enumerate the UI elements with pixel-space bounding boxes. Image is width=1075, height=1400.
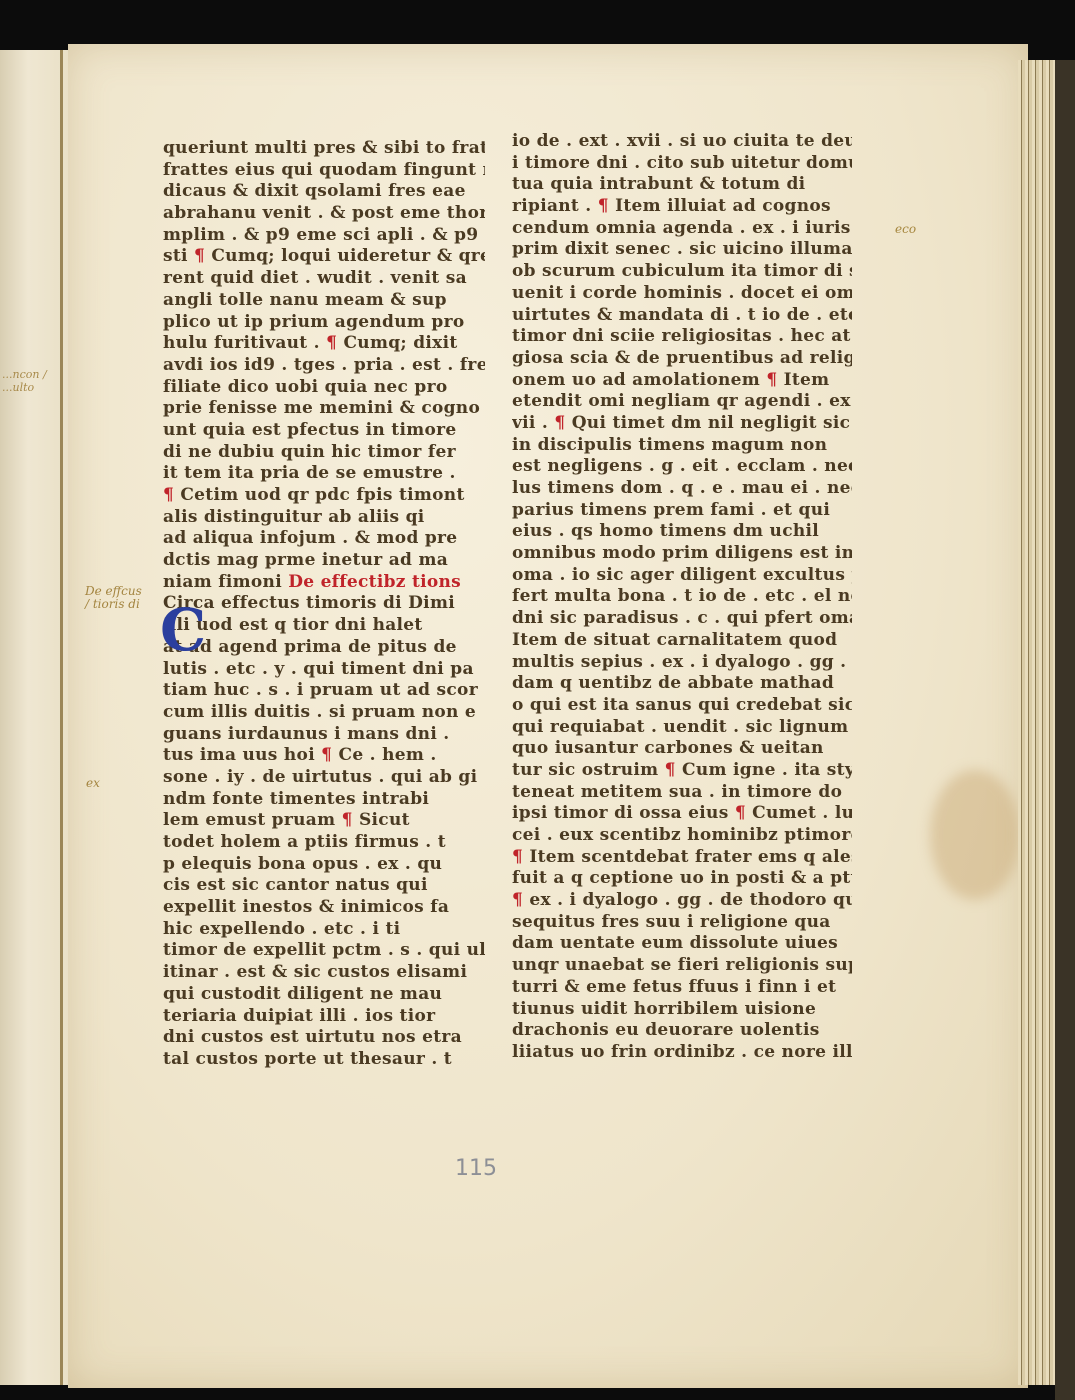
text-line: dni sic paradisus . c . qui pfert oma bo xyxy=(512,608,852,630)
text-line: ¶ Cetim uod qr pdc fpis timont xyxy=(163,485,485,507)
paragraph-mark: ¶ xyxy=(512,847,523,867)
text-line: tiam huc . s . i pruam ut ad scor xyxy=(163,680,485,702)
text-line: tua quia intrabunt & totum di xyxy=(512,174,852,196)
text-line: filiate dico uobi quia nec pro xyxy=(163,377,485,399)
text-line: sequitus fres suu i religione qua xyxy=(512,912,852,934)
paragraph-mark: ¶ xyxy=(194,246,205,266)
left-margin-cross-reference: ex xyxy=(86,776,100,790)
text-line: expellit inestos & inimicos fa xyxy=(163,897,485,919)
text-line: liiatus uo frin ordinibz . ce nore illo xyxy=(512,1042,852,1064)
text-line: guans iurdaunus i mans dni . xyxy=(163,724,485,746)
text-line: tiunus uidit horribilem uisione xyxy=(512,999,852,1021)
text-line: it tem ita pria de se emustre . xyxy=(163,463,485,485)
text-line: dicaus & dixit qsolami fres eae xyxy=(163,181,485,203)
water-stain xyxy=(930,770,1020,900)
text-line: fert multa bona . t io de . etc . el noz xyxy=(512,586,852,608)
text-line: hulu furitivaut . ¶ Cumq; dixit xyxy=(163,333,485,355)
text-line: ob scurum cubiculum ita timor di si xyxy=(512,261,852,283)
text-line: onem uo ad amolationem ¶ Item xyxy=(512,370,852,392)
foliation-number: 115 xyxy=(455,1156,497,1181)
text-line: dam uentate eum dissolute uiues xyxy=(512,933,852,955)
text-line: oma . io sic ager diligent excultus p xyxy=(512,565,852,587)
right-margin-note: eco xyxy=(895,222,916,236)
text-line: plico ut ip prium agendum pro xyxy=(163,312,485,334)
text-line: di ne dubiu quin hic timor fer xyxy=(163,442,485,464)
text-line: uenit i corde hominis . docet ei omis xyxy=(512,283,852,305)
left-margin-note: De effcus / tioris di xyxy=(85,585,145,611)
text-line: io de . ext . xvii . si uo ciuita te deu… xyxy=(512,131,852,153)
text-line: ripiant . ¶ Item illuiat ad cognos xyxy=(512,196,852,218)
paragraph-mark: ¶ xyxy=(163,485,174,505)
text-line: timor de expellit pctm . s . qui ult xyxy=(163,940,485,962)
text-line: cis est sic cantor natus qui xyxy=(163,875,485,897)
text-line: tal custos porte ut thesaur . t xyxy=(163,1049,485,1071)
text-line: prim dixit senec . sic uicino illumat xyxy=(512,239,852,261)
text-line: quo iusantur carbones & ueitan xyxy=(512,738,852,760)
text-line: tus ima uus hoi ¶ Ce . hem . xyxy=(163,745,485,767)
decorated-initial: C xyxy=(160,600,206,660)
text-line: queriunt multi pres & sibi to frat xyxy=(163,138,485,160)
text-line: unt quia est pfectus in timore xyxy=(163,420,485,442)
text-line: ipsi timor di ossa eius ¶ Cumet . lut xyxy=(512,803,852,825)
text-line: hic expellendo . etc . i ti xyxy=(163,919,485,941)
binding-cover xyxy=(1055,60,1075,1400)
paragraph-mark: ¶ xyxy=(326,333,337,353)
paragraph-mark: ¶ xyxy=(512,890,523,910)
paragraph-mark: ¶ xyxy=(321,745,332,765)
text-line: dctis mag prme inetur ad ma xyxy=(163,550,485,572)
text-column-left: queriunt multi pres & sibi to fratfratte… xyxy=(163,138,485,1071)
paragraph-mark: ¶ xyxy=(342,810,353,830)
text-line: est negligens . g . eit . ecclam . nec f… xyxy=(512,456,852,478)
text-line: qui requiabat . uendit . sic lignum xyxy=(512,717,852,739)
text-line: Circa effectus timoris di Dimi xyxy=(163,593,485,615)
text-line: todet holem a ptiis firmus . t xyxy=(163,832,485,854)
text-line: timor dni sciie religiositas . hec at re… xyxy=(512,326,852,348)
text-line: dam q uentibz de abbate mathad xyxy=(512,673,852,695)
text-line: teriaria duipiat illi . ios tior xyxy=(163,1006,485,1028)
text-line: ad aliqua infojum . & mod pre xyxy=(163,528,485,550)
paragraph-mark: ¶ xyxy=(665,760,676,780)
text-line: illi uod est q tior dni halet xyxy=(163,615,485,637)
text-line: qui custodit diligent ne mau xyxy=(163,984,485,1006)
text-line: abrahanu venit . & post eme thor xyxy=(163,203,485,225)
text-line: cei . eux scentibz hominibz ptimore xyxy=(512,825,852,847)
text-line: Item de situat carnalitatem quod xyxy=(512,630,852,652)
left-page-margin-note: ...ncon / ...ulto xyxy=(2,368,70,394)
text-line: unqr unaebat se fieri religionis sup xyxy=(512,955,852,977)
text-line: teneat metitem sua . in timore do xyxy=(512,782,852,804)
text-line: parius timens prem fami . et qui xyxy=(512,500,852,522)
text-column-right: io de . ext . xvii . si uo ciuita te deu… xyxy=(512,131,852,1064)
text-line: sone . iy . de uirtutus . qui ab gi xyxy=(163,767,485,789)
text-line: in discipulis timens magum non xyxy=(512,435,852,457)
text-line: o qui est ita sanus qui credebat sicut xyxy=(512,695,852,717)
text-line: prie fenisse me memini & cogno xyxy=(163,398,485,420)
paragraph-mark: ¶ xyxy=(598,196,609,216)
text-line: angli tolle nanu meam & sup xyxy=(163,290,485,312)
gutter-stitching xyxy=(60,50,63,1385)
text-line: lus timens dom . q . e . mau ei . nego xyxy=(512,478,852,500)
text-line: giosa scia & de pruentibus ad religi xyxy=(512,348,852,370)
text-line: cum illis duitis . si pruam non e xyxy=(163,702,485,724)
text-line: i timore dni . cito sub uitetur domus xyxy=(512,153,852,175)
text-line: omnibus modo prim diligens est in xyxy=(512,543,852,565)
text-line: ndm fonte timentes intrabi xyxy=(163,789,485,811)
text-line: p elequis bona opus . ex . qu xyxy=(163,854,485,876)
paragraph-mark: ¶ xyxy=(766,370,777,390)
paragraph-mark: ¶ xyxy=(735,803,746,823)
background-top xyxy=(0,0,1075,48)
text-line: sti ¶ Cumq; loqui uideretur & qre xyxy=(163,246,485,268)
text-line: fuit a q ceptione uo in posti & a ptu xyxy=(512,868,852,890)
left-page-edge: ...ncon / ...ulto xyxy=(0,50,72,1385)
text-line: rent quid diet . wudit . venit sa xyxy=(163,268,485,290)
rubric-heading: De effectibz tions xyxy=(288,572,461,592)
text-line: vii . ¶ Qui timet dm nil negligit sic xyxy=(512,413,852,435)
text-line: mplim . & p9 eme sci apli . & p9 ecce a xyxy=(163,225,485,247)
text-line: drachonis eu deuorare uolentis xyxy=(512,1020,852,1042)
text-line: multis sepius . ex . i dyalogo . gg . na… xyxy=(512,652,852,674)
text-line: etendit omi negliam qr agendi . ex . xyxy=(512,391,852,413)
text-line: lutis . etc . y . qui timent dni pa xyxy=(163,659,485,681)
paragraph-mark: ¶ xyxy=(554,413,565,433)
text-line: avdi ios id9 . tges . pria . est . fres xyxy=(163,355,485,377)
text-line: cendum omnia agenda . ex . i iuris xyxy=(512,218,852,240)
text-line: turri & eme fetus ffuus i finn i et xyxy=(512,977,852,999)
text-line: dni custos est uirtutu nos etra xyxy=(163,1027,485,1049)
text-line: frattes eius qui quodam fingunt m xyxy=(163,160,485,182)
text-line: itinar . est & sic custos elisami xyxy=(163,962,485,984)
text-line: niam fimoni De effectibz tions xyxy=(163,572,485,594)
text-line: at ad agend prima de pitus de xyxy=(163,637,485,659)
page-block-edges xyxy=(1018,60,1058,1385)
text-line: uirtutes & mandata di . t io de . etc . xyxy=(512,305,852,327)
text-line: ¶ ex . i dyalogo . gg . de thodoro qui xyxy=(512,890,852,912)
text-line: eius . qs homo timens dm uchil xyxy=(512,521,852,543)
text-line: ¶ Item scentdebat frater ems q ales xyxy=(512,847,852,869)
text-line: tur sic ostruim ¶ Cum igne . ita stylo xyxy=(512,760,852,782)
text-line: lem emust pruam ¶ Sicut xyxy=(163,810,485,832)
text-line: alis distinguitur ab aliis qi xyxy=(163,507,485,529)
